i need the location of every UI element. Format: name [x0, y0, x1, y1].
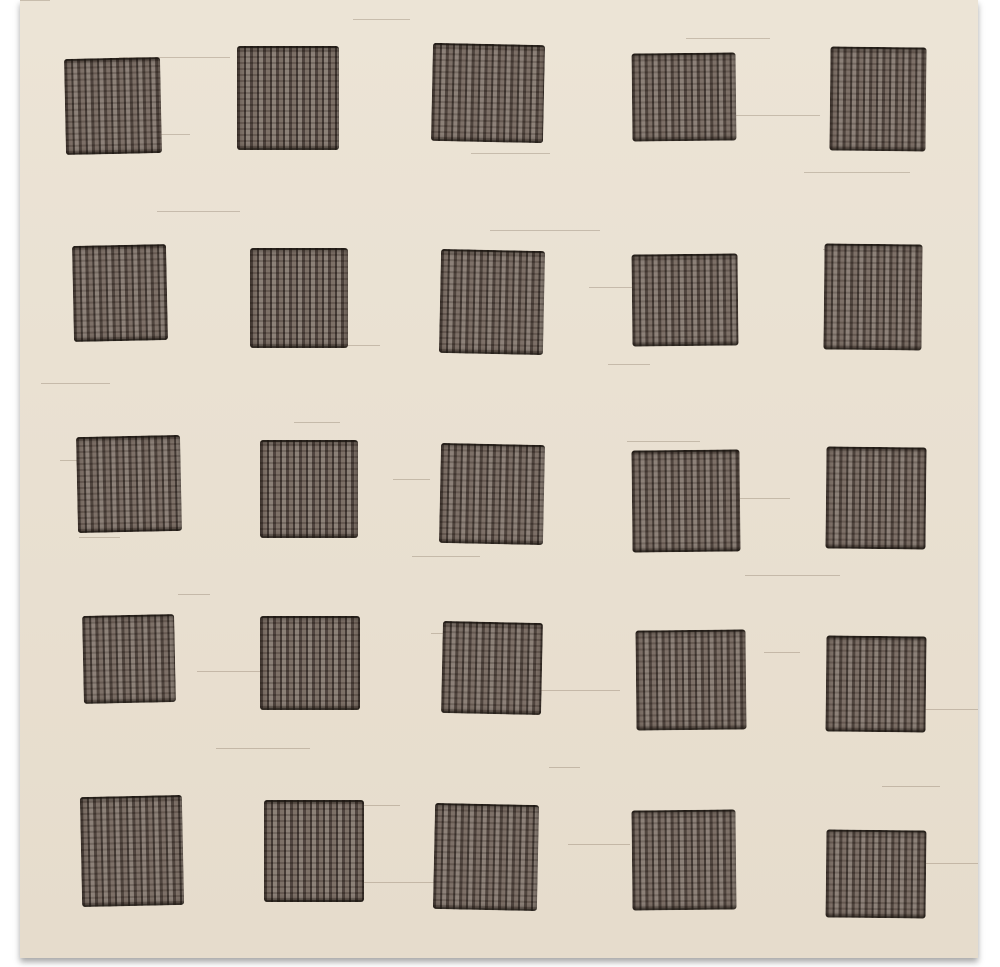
- brush-streak: [20, 0, 50, 1]
- brush-streak: [216, 748, 310, 749]
- painted-square: [439, 249, 545, 355]
- brush-streak: [41, 383, 110, 384]
- brush-streak: [353, 19, 410, 20]
- brush-streak: [764, 652, 800, 653]
- painted-square: [264, 800, 364, 902]
- painted-square: [64, 57, 162, 155]
- brush-streak: [412, 556, 480, 557]
- brush-streak: [471, 153, 550, 154]
- brush-streak: [745, 575, 840, 576]
- painted-square: [632, 52, 737, 141]
- painted-square: [826, 635, 927, 732]
- brush-streak: [294, 422, 340, 423]
- brush-streak: [627, 441, 700, 442]
- painted-square: [829, 47, 926, 152]
- painted-square: [431, 43, 545, 143]
- brush-streak: [568, 844, 630, 845]
- painted-square: [72, 244, 168, 342]
- brush-streak: [549, 767, 580, 768]
- brush-streak: [804, 172, 910, 173]
- brush-streak: [490, 230, 600, 231]
- brush-streak: [530, 690, 620, 691]
- painted-square: [441, 621, 543, 715]
- brush-streak: [79, 537, 120, 538]
- painted-square: [82, 614, 176, 704]
- painted-square: [80, 795, 184, 907]
- painted-square: [260, 616, 360, 710]
- brush-streak: [197, 671, 260, 672]
- painted-square: [635, 629, 746, 730]
- painted-square: [631, 809, 736, 910]
- brush-streak: [157, 211, 240, 212]
- brush-streak: [686, 38, 770, 39]
- painted-square: [260, 440, 358, 538]
- painted-square: [76, 435, 182, 533]
- brush-streak: [393, 479, 430, 480]
- painted-square: [250, 248, 348, 348]
- painted-square: [632, 253, 739, 346]
- painting-canvas: [20, 0, 978, 958]
- painted-square: [237, 46, 339, 150]
- painted-square: [433, 803, 539, 911]
- painted-square: [825, 446, 926, 549]
- brush-streak: [608, 364, 650, 365]
- painted-square: [439, 443, 545, 545]
- painted-square: [631, 449, 740, 552]
- brush-streak: [178, 594, 210, 595]
- brush-streak: [882, 786, 940, 787]
- painted-square: [823, 243, 922, 350]
- painted-square: [826, 829, 927, 918]
